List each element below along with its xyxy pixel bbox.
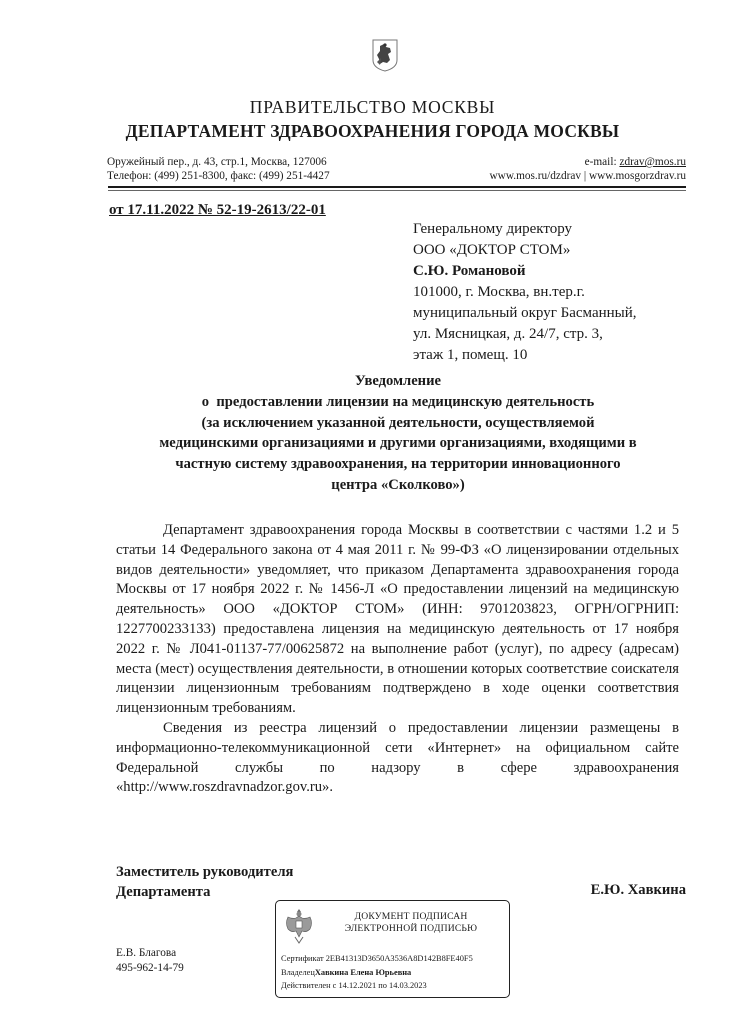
subject-title: Уведомление <box>108 371 688 392</box>
recipient-address-line: ул. Мясницкая, д. 24/7, стр. 3, <box>413 324 637 345</box>
letterhead-divider-thin <box>108 190 686 191</box>
website-link-1[interactable]: www.mos.ru/dzdrav <box>490 170 582 182</box>
executor-phone: 495-962-14-79 <box>116 961 184 976</box>
signer-title: Заместитель руководителя Департамента <box>116 862 293 902</box>
subject-line: о предоставлении лицензии на медицинскую… <box>108 392 688 413</box>
email-label: e-mail: <box>585 156 620 168</box>
signer-title-line: Заместитель руководителя <box>116 862 293 882</box>
certificate-number: 2EB41313D3650A3536A8D142B8FE40F5 <box>326 954 473 963</box>
subject-block: Уведомление о предоставлении лицензии на… <box>108 371 688 496</box>
validity-line: Действителен с 14.12.2021 по 14.03.2023 <box>281 979 473 993</box>
certificate-label: Сертификат <box>281 954 326 963</box>
letter-body: Департамент здравоохранения города Москв… <box>116 521 679 798</box>
subject-line: (за исключением указанной деятельности, … <box>108 413 688 434</box>
recipient-address-line: муниципальный округ Басманный, <box>413 303 637 324</box>
owner-name: Хавкина Елена Юрьевна <box>315 968 411 977</box>
postal-address: Оружейный пер., д. 43, стр.1, Москва, 12… <box>107 155 330 169</box>
websites-line: www.mos.ru/dzdrav | www.mosgorzdrav.ru <box>490 169 686 183</box>
recipient-position: Генеральному директору <box>413 219 637 240</box>
recipient-address-line: этаж 1, помещ. 10 <box>413 345 637 366</box>
body-paragraph: Департамент здравоохранения города Москв… <box>116 521 679 719</box>
owner-label: Владелец <box>281 968 315 977</box>
phone-fax: Телефон: (499) 251-8300, факс: (499) 251… <box>107 169 330 183</box>
department-contacts: e-mail: zdrav@mos.ru www.mos.ru/dzdrav |… <box>490 155 686 183</box>
email-link[interactable]: zdrav@mos.ru <box>619 156 686 168</box>
recipient-name: С.Ю. Романовой <box>413 261 637 282</box>
subject-line: центра «Сколково») <box>108 475 688 496</box>
certificate-line: Сертификат 2EB41313D3650A3536A8D142B8FE4… <box>281 952 473 966</box>
executor-name: Е.В. Благова <box>116 946 184 961</box>
electronic-signature-stamp: ДОКУМЕНТ ПОДПИСАН ЭЛЕКТРОННОЙ ПОДПИСЬЮ С… <box>275 900 510 998</box>
subject-line: медицинскими организациями и другими орг… <box>108 433 688 454</box>
executor-block: Е.В. Благова 495-962-14-79 <box>116 946 184 976</box>
signer-title-line: Департамента <box>116 882 293 902</box>
recipient-address-line: 101000, г. Москва, вн.тер.г. <box>413 282 637 303</box>
recipient-organization: ООО «ДОКТОР СТОМ» <box>413 240 637 261</box>
email-line: e-mail: zdrav@mos.ru <box>490 155 686 169</box>
government-title: ПРАВИТЕЛЬСТВО МОСКВЫ <box>0 97 745 118</box>
body-paragraph: Сведения из реестра лицензий о предостав… <box>116 719 679 798</box>
subject-line: частную систему здравоохранения, на терр… <box>108 454 688 475</box>
stamp-header-line: ДОКУМЕНТ ПОДПИСАН <box>316 911 506 923</box>
website-link-2[interactable]: www.mosgorzdrav.ru <box>589 170 686 182</box>
russian-coat-of-arms-icon <box>284 907 314 945</box>
recipient-block: Генеральному директору ООО «ДОКТОР СТОМ»… <box>413 219 637 366</box>
stamp-header: ДОКУМЕНТ ПОДПИСАН ЭЛЕКТРОННОЙ ПОДПИСЬЮ <box>316 911 506 935</box>
department-title: ДЕПАРТАМЕНТ ЗДРАВООХРАНЕНИЯ ГОРОДА МОСКВ… <box>0 121 745 142</box>
document-reference: от 17.11.2022 № 52-19-2613/22-01 <box>109 202 326 219</box>
website-separator: | <box>581 170 589 182</box>
signer-name: Е.Ю. Хавкина <box>591 882 686 899</box>
letterhead-divider <box>108 186 686 188</box>
owner-line: ВладелецХавкина Елена Юрьевна <box>281 966 473 980</box>
stamp-details: Сертификат 2EB41313D3650A3536A8D142B8FE4… <box>281 952 473 993</box>
moscow-coat-of-arms-icon <box>371 38 399 72</box>
stamp-header-line: ЭЛЕКТРОННОЙ ПОДПИСЬЮ <box>316 923 506 935</box>
department-address: Оружейный пер., д. 43, стр.1, Москва, 12… <box>107 155 330 183</box>
